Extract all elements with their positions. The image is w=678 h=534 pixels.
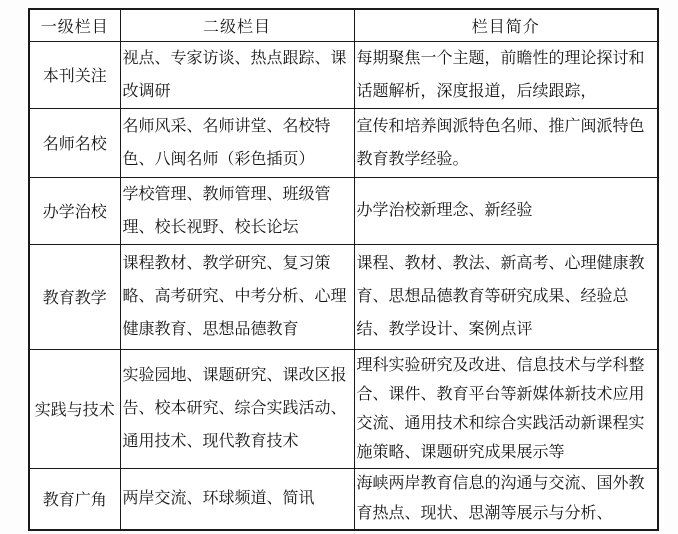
secondary-column-cell: 视点、专家访谈、热点跟踪、课改调研 — [120, 41, 354, 108]
table-row: 名师名校 名师风采、名师讲堂、名校特色、八闽名师（彩色插页） 宣传和培养闽派特色… — [29, 108, 658, 177]
intro-cell: 课程、教材、教法、新高考、心理健康教育、思想品德教育等研究成果、经验总结、教学设… — [354, 244, 658, 349]
secondary-column-cell: 学校管理、教师管理、班级管理、校长视野、校长论坛 — [120, 177, 354, 244]
secondary-column-cell: 课程教材、教学研究、复习策略、高考研究、中考分析、心理健康教育、思想品德教育 — [120, 244, 354, 349]
intro-cell: 办学治校新理念、新经验 — [354, 177, 658, 244]
intro-cell: 每期聚焦一个主题，前瞻性的理论探讨和话题解析，深度报道，后续跟踪， — [354, 41, 658, 108]
table-row: 本刊关注 视点、专家访谈、热点跟踪、课改调研 每期聚焦一个主题，前瞻性的理论探讨… — [29, 41, 658, 108]
table-row: 教育广角 两岸交流、环球频道、简讯 海峡两岸教育信息的沟通与交流、国外教育热点、… — [29, 468, 658, 530]
header-primary-column: 一级栏目 — [29, 9, 120, 41]
header-intro-column: 栏目简介 — [354, 9, 658, 41]
header-secondary-column: 二级栏目 — [120, 9, 354, 41]
intro-cell: 理科实验研究及改进、信息技术与学科整合、课件、教育平台等新媒体新技术应用交流、通… — [354, 349, 658, 468]
primary-column-cell: 教育教学 — [29, 244, 120, 349]
intro-cell: 海峡两岸教育信息的沟通与交流、国外教育热点、现状、思潮等展示与分析、 — [354, 468, 658, 530]
primary-column-cell: 实践与技术 — [29, 349, 120, 468]
secondary-column-cell: 名师风采、名师讲堂、名校特色、八闽名师（彩色插页） — [120, 108, 354, 177]
magazine-columns-table: 一级栏目 二级栏目 栏目简介 本刊关注 视点、专家访谈、热点跟踪、课改调研 每期… — [28, 8, 659, 531]
primary-column-cell: 教育广角 — [29, 468, 120, 530]
table-row: 办学治校 学校管理、教师管理、班级管理、校长视野、校长论坛 办学治校新理念、新经… — [29, 177, 658, 244]
document-page: 一级栏目 二级栏目 栏目简介 本刊关注 视点、专家访谈、热点跟踪、课改调研 每期… — [0, 0, 678, 534]
primary-column-cell: 本刊关注 — [29, 41, 120, 108]
secondary-column-cell: 两岸交流、环球频道、简讯 — [120, 468, 354, 530]
table-row: 实践与技术 实验园地、课题研究、课改区报告、校本研究、综合实践活动、通用技术、现… — [29, 349, 658, 468]
primary-column-cell: 名师名校 — [29, 108, 120, 177]
primary-column-cell: 办学治校 — [29, 177, 120, 244]
header-row: 一级栏目 二级栏目 栏目简介 — [29, 9, 658, 41]
secondary-column-cell: 实验园地、课题研究、课改区报告、校本研究、综合实践活动、通用技术、现代教育技术 — [120, 349, 354, 468]
intro-cell: 宣传和培养闽派特色名师、推广闽派特色教育教学经验。 — [354, 108, 658, 177]
table-row: 教育教学 课程教材、教学研究、复习策略、高考研究、中考分析、心理健康教育、思想品… — [29, 244, 658, 349]
